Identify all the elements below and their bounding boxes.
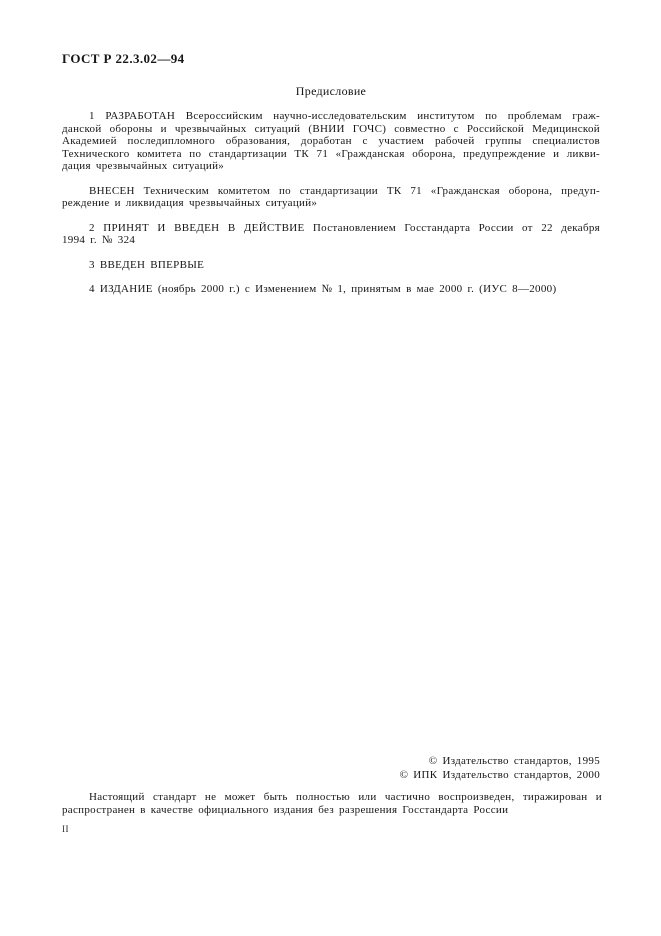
copyright-line: © ИПК Издательство стандартов, 2000 [62,769,600,783]
paragraph: 1 РАЗРАБОТАН Всероссийским научно-исслед… [62,110,600,173]
paragraph: 3 ВВЕДЕН ВПЕРВЫЕ [62,259,600,272]
paragraph-line: 4 ИЗДАНИЕ (ноябрь 2000 г.) с Изменением … [62,283,600,296]
paragraph-line: дация чрезвычайных ситуаций» [62,160,600,173]
paragraph-line: Академией последипломного образования, д… [62,135,600,148]
paragraph: 2 ПРИНЯТ И ВВЕДЕН В ДЕЙСТВИЕ Постановлен… [62,222,600,247]
paragraph-line: Настоящий стандарт не может быть полност… [62,791,602,804]
paragraph-line: 2 ПРИНЯТ И ВВЕДЕН В ДЕЙСТВИЕ Постановлен… [62,222,600,235]
paragraph: ВНЕСЕН Техническим комитетом по стандарт… [62,185,600,210]
paragraph-line: распространен в качестве официального из… [62,804,602,817]
document-page: ГОСТ Р 22.3.02—94 Предисловие 1 РАЗРАБОТ… [0,0,661,936]
paragraph-line: 3 ВВЕДЕН ВПЕРВЫЕ [62,259,600,272]
paragraph-line: 1 РАЗРАБОТАН Всероссийским научно-исслед… [62,110,600,123]
copyright-line: © Издательство стандартов, 1995 [62,755,600,769]
paragraph: Настоящий стандарт не может быть полност… [62,791,602,817]
copyright-block: © Издательство стандартов, 1995© ИПК Изд… [62,755,600,782]
paragraph-line: ВНЕСЕН Техническим комитетом по стандарт… [62,185,600,198]
document-code: ГОСТ Р 22.3.02—94 [62,51,185,67]
paragraph-line: реждение и ликвидация чрезвычайных ситуа… [62,197,600,210]
restriction-note: Настоящий стандарт не может быть полност… [62,791,602,829]
page-number: II [62,824,69,834]
paragraph-line: 1994 г. № 324 [62,234,600,247]
paragraph-line: Технического комитета по стандартизации … [62,148,600,161]
paragraph: 4 ИЗДАНИЕ (ноябрь 2000 г.) с Изменением … [62,283,600,296]
preface-title: Предисловие [62,84,600,99]
preface-paragraphs: 1 РАЗРАБОТАН Всероссийским научно-исслед… [62,110,600,308]
paragraph-line: данской обороны и чрезвычайных ситуаций … [62,123,600,136]
